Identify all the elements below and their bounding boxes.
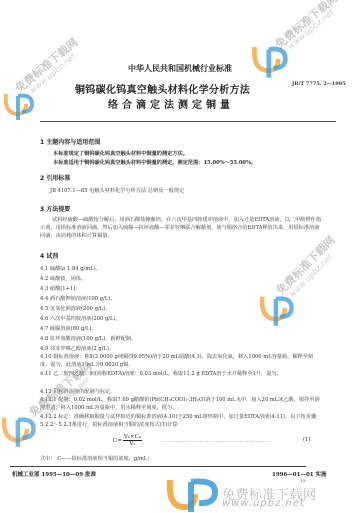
reagent-4-2: 4.2 硫酸铵，固体。 <box>40 275 86 282</box>
section-1-heading: 1 主题内容与适用范围 <box>40 137 100 146</box>
watermark-site-url-large: www.upbz.net <box>222 498 305 509</box>
effective-date: 1996—01—01 实施 <box>272 470 327 478</box>
watermark-site-name: 免费标准下载网 <box>273 232 339 298</box>
watermark-logo-large-icon <box>165 476 221 512</box>
standard-number: JB/T 7775. 2—1995 <box>292 81 346 87</box>
document-title-line1: 铜钨碳化钨真空触头材料化学分析方法 <box>75 81 250 96</box>
document-page: 中华人民共和国机械行业标准 铜钨碳化钨真空触头材料化学分析方法 络合滴定法测定铜… <box>0 0 360 513</box>
reagent-4-8: 4.8 抗坏血酸溶液(100 g/L)，新鲜配制。 <box>40 335 136 342</box>
formula-numerator: V₁×C₀ <box>123 434 142 441</box>
section-1-para-1: 本标准规定了铜钨碳化钨真空触头材料中铜量的测定方法。 <box>53 150 188 157</box>
header-divider <box>40 121 336 122</box>
reagent-4-12-2: 4.12.2 标定：准确移取铜量与试样相近的铜标准溶液(4.10)于250 mL… <box>40 413 324 429</box>
equation-number: (1) <box>303 437 310 443</box>
section-1-para-2: 本标准适用于铜钨碳化钨真空触头材料中铜量的测定。测定范围：15.00%～55.0… <box>53 159 256 166</box>
formula-fraction: V₁×C₀V₂ <box>123 434 142 447</box>
reagent-4-7: 4.7 硫脲溶液(80 g/L)。 <box>40 325 97 332</box>
formula-denominator: V₂ <box>123 441 142 447</box>
document-title-line2: 络合滴定法测定铜量 <box>108 96 234 111</box>
reagent-4-6: 4.6 六次甲基四胺溶液(200 g/L)。 <box>40 315 121 322</box>
reagent-4-5: 4.5 氢氧化钠溶液(200 g/L)。 <box>40 305 110 312</box>
reagent-4-9: 4.9 邻菲罗啉乙醇溶液(2 g/L)。 <box>40 345 114 352</box>
formula-where-clause: 式中： C——铅标准溶液相当铜的浓度，g/mL； <box>40 455 152 462</box>
reagent-4-4: 4.4 酒石酸钾钠溶液(100 g/L)。 <box>40 295 116 302</box>
section-2-para-1: JB 4107.1—85 电触头材料化学分析方法 总则及一般规定 <box>50 187 184 194</box>
footer-divider <box>10 466 306 467</box>
page-number: 19 <box>300 478 305 483</box>
section-3-para-1: 试料经硫酸—硫酸铵分解后，用酒石酸盐掩蔽钨，在六次甲基四胺缓冲溶液中，加入过量E… <box>40 216 322 240</box>
formula-leader-dots: ……………………………………………………… <box>162 438 271 444</box>
section-3-heading: 3 方法提要 <box>40 204 70 213</box>
section-4-heading: 4 试剂 <box>40 251 58 260</box>
approval-date: 机械工业部 1995—10—09 批准 <box>12 470 96 478</box>
reagent-4-3: 4.3 硝酸(1+1)。 <box>40 285 80 292</box>
section-2-heading: 2 引用标准 <box>40 173 70 182</box>
formula-lhs: C= <box>113 438 122 444</box>
reagent-4-12-1: 4.12.1 配制：0.02 mol/L。称取7.69 g醋酸铅(Pb(CH₃C… <box>40 396 324 412</box>
reagent-4-1: 4.1 硫酸(ρ 1.84 g/mL)。 <box>40 265 101 272</box>
formula-1: C=V₁×C₀V₂ <box>113 434 142 447</box>
